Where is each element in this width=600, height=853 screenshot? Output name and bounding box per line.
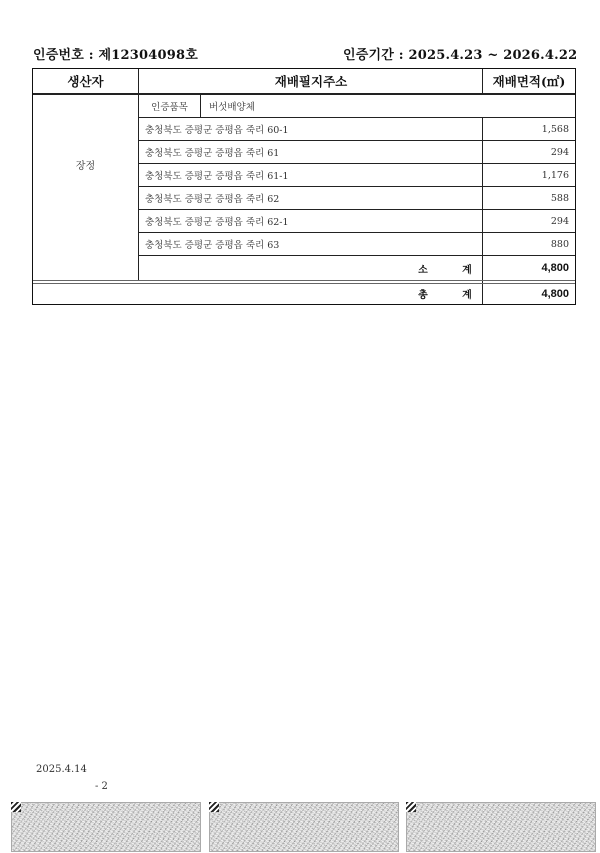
row-area: 1,176	[483, 164, 575, 186]
security-pattern-2	[209, 802, 399, 852]
certificate-number: 인증번호 : 제12304098호	[33, 44, 198, 63]
row-area: 1,568	[483, 118, 575, 140]
total-label-1: 총	[413, 283, 433, 304]
column-header-area: 재배면적(㎡)	[483, 69, 575, 93]
cultivation-area-table: 생산자 재배필지주소 재배면적(㎡) 장정 인증품목 버섯배양체 충청북도 증평…	[32, 68, 576, 305]
certificate-period: 인증기간 : 2025.4.23 ~ 2026.4.22	[343, 44, 577, 63]
row-area: 294	[483, 141, 575, 163]
cert-item-label: 인증품목	[139, 94, 200, 117]
row-address: 충청북도 증평군 증평읍 죽리 60-1	[139, 118, 482, 140]
corner-mark-icon	[406, 802, 416, 812]
row-area: 588	[483, 187, 575, 209]
corner-mark-icon	[11, 802, 21, 812]
total-value: 4,800	[483, 283, 575, 304]
row-address: 충청북도 증평군 증평읍 죽리 61	[139, 141, 482, 163]
subtotal-label-2: 계	[457, 256, 477, 280]
security-pattern-3	[406, 802, 596, 852]
issue-date: 2025.4.14	[36, 764, 87, 775]
row-address: 충청북도 증평군 증평읍 죽리 63	[139, 233, 482, 255]
row-area: 294	[483, 210, 575, 232]
corner-mark-icon	[209, 802, 219, 812]
cert-item-value: 버섯배양체	[201, 94, 481, 117]
total-label-2: 계	[457, 283, 477, 304]
column-header-producer: 생산자	[33, 69, 138, 93]
producer-name: 장정	[33, 94, 138, 234]
row-address: 충청북도 증평군 증평읍 죽리 62-1	[139, 210, 482, 232]
column-header-address: 재배필지주소	[139, 69, 483, 93]
security-pattern-1	[11, 802, 201, 852]
subtotal-value: 4,800	[483, 256, 575, 280]
total-double-line-top	[33, 280, 575, 281]
page-number: - 2	[95, 781, 108, 792]
row-address: 충청북도 증평군 증평읍 죽리 62	[139, 187, 482, 209]
row-area: 880	[483, 233, 575, 255]
subtotal-label-1: 소	[413, 256, 433, 280]
area-column-divider-header	[482, 69, 483, 93]
row-address: 충청북도 증평군 증평읍 죽리 61-1	[139, 164, 482, 186]
